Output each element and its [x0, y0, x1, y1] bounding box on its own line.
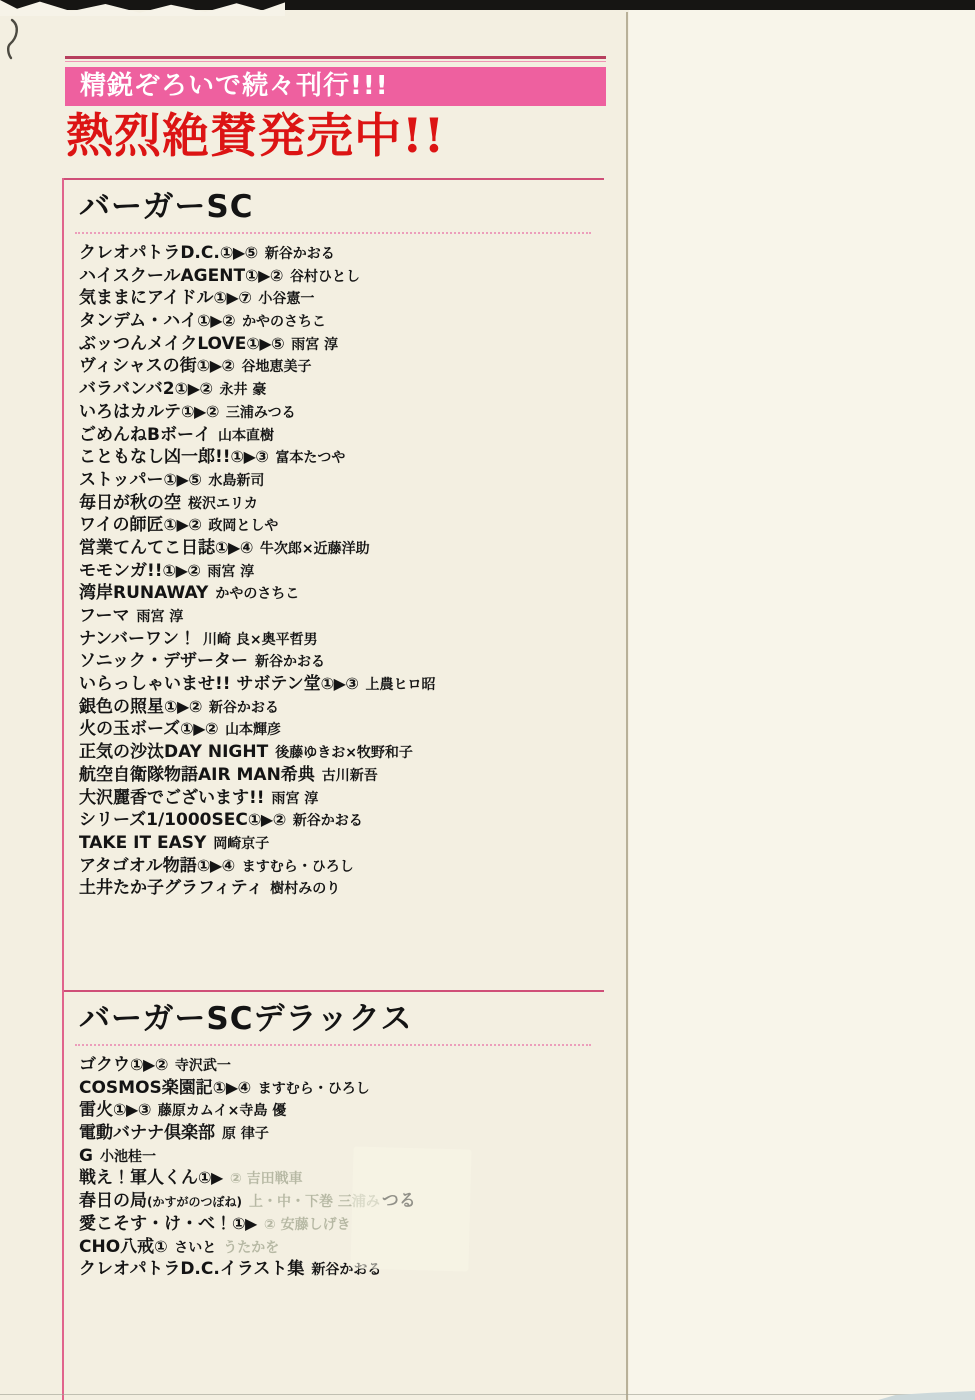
item-volume-range: ①▶②: [130, 1055, 168, 1074]
item-title: 毎日が秋の空: [79, 493, 181, 513]
banner-text: 精鋭ぞろいで続々刊行!!!: [80, 71, 389, 101]
item-title: ごめんねBボーイ: [79, 425, 211, 445]
item-title: ストッパー: [79, 470, 164, 490]
list-item: いらっしゃいませ!! サボテン堂①▶③上農ヒロ昭: [79, 673, 604, 696]
dotted-divider: [75, 1044, 591, 1046]
item-author: 古川新吾: [322, 768, 378, 784]
item-volume-range: ①▶②: [164, 515, 202, 534]
item-volume-range: ①▶②: [180, 719, 218, 738]
item-title: 湾岸RUNAWAY: [79, 583, 208, 603]
list-item: 電動バナナ倶楽部原 律子: [79, 1122, 604, 1145]
item-author: 富本たつや: [275, 450, 345, 466]
list-item: 銀色の照星①▶②新谷かおる: [79, 696, 604, 719]
item-volume-range: ①▶②: [245, 266, 283, 285]
list-item: 戦え！軍人くん①▶② 吉田戦車: [79, 1167, 604, 1190]
item-author: 上農ヒロ昭: [365, 677, 435, 693]
item-volume-range: ①▶: [232, 1214, 257, 1233]
list-item: 春日の局(かすがのつぼね)上・中・下巻 三浦みつる: [79, 1190, 604, 1213]
item-title: 土井たか子グラフィティ: [79, 878, 263, 898]
list-item: こともなし凶一郎!!①▶③富本たつや: [79, 446, 604, 469]
item-volume-range: ①: [154, 1237, 167, 1256]
list-item: 毎日が秋の空桜沢エリカ: [79, 492, 604, 515]
item-title: ぶッつんメイクLOVE: [79, 334, 246, 354]
item-author: 新谷かおる: [265, 246, 335, 262]
item-volume-range: ①▶②: [248, 810, 286, 829]
item-title: 愛こそす・け・べ！: [79, 1214, 232, 1234]
section-header: バーガーSCデラックス: [79, 998, 604, 1040]
item-title: 大沢麗香でございます!!: [79, 788, 265, 808]
item-author: 雨宮 淳: [137, 609, 184, 625]
list-item: TAKE IT EASY岡崎京子: [79, 832, 604, 855]
item-author: 桜沢エリカ: [188, 496, 258, 512]
item-author: 雨宮 淳: [272, 791, 319, 807]
item-title: バラバンバ2: [79, 379, 175, 399]
list-item: 火の玉ボーズ①▶②山本輝彦: [79, 718, 604, 741]
faded-text: ② 安藤しげき: [264, 1217, 351, 1233]
item-title: G: [79, 1146, 93, 1166]
list-item: 正気の沙汰DAY NIGHT後藤ゆきお×牧野和子: [79, 741, 604, 764]
item-volume-range: ①▶③: [113, 1100, 151, 1119]
faded-tape-patch: [350, 1146, 471, 1271]
list-item: COSMOS楽園記①▶④ますむら・ひろし: [79, 1077, 604, 1100]
list-item: CHO八戒①さいとうたかを: [79, 1236, 604, 1259]
list-item: 雷火①▶③藤原カムイ×寺島 優: [79, 1099, 604, 1122]
item-title: 雷火: [79, 1100, 113, 1120]
list-item: G小池桂一: [79, 1145, 604, 1168]
item-author: かやのさちこ: [242, 314, 326, 330]
scanned-advert-page: 精鋭ぞろいで続々刊行!!! 熱烈絶賛発売中!! バーガーSCクレオパトラD.C.…: [0, 0, 975, 1400]
page-title: 熱烈絶賛発売中!!: [66, 108, 626, 166]
list-item: バラバンバ2①▶②永井 豪: [79, 378, 604, 401]
list-item: ストッパー①▶⑤水島新司: [79, 469, 604, 492]
item-volume-range: ①▶②: [164, 697, 202, 716]
item-title: 営業てんてこ日誌: [79, 538, 215, 558]
list-item: いろはカルテ①▶②三浦みつる: [79, 401, 604, 424]
list-item: 湾岸RUNAWAYかやのさちこ: [79, 582, 604, 605]
catalog-section: バーガーSCデラックスゴクウ①▶②寺沢武一COSMOS楽園記①▶④ますむら・ひろ…: [64, 990, 604, 1398]
item-author: 新谷かおる: [293, 813, 363, 829]
item-title: 銀色の照星: [79, 697, 164, 717]
item-author: 谷地恵美子: [242, 359, 312, 375]
item-author: 藤原カムイ×寺島 優: [158, 1103, 286, 1119]
item-title: 航空自衛隊物語AIR MAN希典: [79, 765, 315, 785]
list-item: フーマ雨宮 淳: [79, 605, 604, 628]
item-volume-range: ①▶④: [197, 856, 235, 875]
item-author: 岡崎京子: [213, 836, 269, 852]
back-cover-blank-area: [629, 10, 975, 1400]
item-author: 後藤ゆきお×牧野和子: [275, 745, 413, 761]
item-title: いろはカルテ: [79, 402, 181, 422]
item-author: 政岡としや: [208, 518, 278, 534]
page-top-dark-edge: [0, 0, 975, 10]
faded-text: ② 吉田戦車: [230, 1171, 303, 1187]
list-item: クレオパトラD.C.①▶⑤新谷かおる: [79, 242, 604, 265]
item-volume-range: ①▶④: [213, 1078, 251, 1097]
list-item: ハイスクールAGENT①▶②谷村ひとし: [79, 265, 604, 288]
list-item: 大沢麗香でございます!!雨宮 淳: [79, 787, 604, 810]
item-author: 山本輝彦: [225, 722, 281, 738]
list-item: ワイの師匠①▶②政岡としや: [79, 514, 604, 537]
item-volume-range: ①▶③: [231, 447, 269, 466]
item-author: 雨宮 淳: [207, 564, 254, 580]
item-title: ゴクウ: [79, 1055, 130, 1075]
list-item: ヴィシャスの街①▶②谷地恵美子: [79, 355, 604, 378]
item-author: 永井 豪: [220, 382, 267, 398]
item-volume-range: ①▶②: [197, 356, 235, 375]
page-fold-line: [626, 12, 628, 1400]
item-title: クレオパトラD.C.: [79, 243, 220, 263]
dotted-divider: [75, 232, 591, 234]
item-author: 牛次郎×近藤洋助: [260, 541, 370, 557]
item-author: 谷村ひとし: [290, 269, 360, 285]
item-title: 電動バナナ倶楽部: [79, 1123, 215, 1143]
item-title: モモンガ!!: [79, 561, 163, 581]
item-title: TAKE IT EASY: [79, 833, 206, 853]
list-item: ごめんねBボーイ山本直樹: [79, 424, 604, 447]
list-item: ゴクウ①▶②寺沢武一: [79, 1054, 604, 1077]
item-volume-range: ①▶③: [321, 674, 359, 693]
list-item: クレオパトラD.C.イラスト集新谷かおる: [79, 1258, 604, 1281]
item-author: 山本直樹: [218, 428, 274, 444]
item-author: 川崎 良×奥平哲男: [203, 632, 318, 648]
item-volume-range: ①▶: [198, 1168, 223, 1187]
item-author: 小谷憲一: [258, 291, 314, 307]
item-title: 戦え！軍人くん: [79, 1168, 198, 1188]
list-item: ぶッつんメイクLOVE①▶⑤雨宮 淳: [79, 333, 604, 356]
list-item: 土井たか子グラフィティ樹村みのり: [79, 877, 604, 900]
double-rule-above-banner: [65, 56, 606, 63]
series-banner: 精鋭ぞろいで続々刊行!!!: [65, 67, 606, 106]
item-author: 新谷かおる: [209, 700, 279, 716]
scan-bottom-edge: [0, 1394, 975, 1395]
faded-text: うたかを: [223, 1240, 279, 1256]
item-title: ワイの師匠: [79, 515, 164, 535]
pen-scribble-mark: [2, 16, 36, 62]
item-title: ナンバーワン！: [79, 629, 196, 649]
item-volume-range: ①▶⑦: [213, 288, 251, 307]
list-item: アタゴオル物語①▶④ますむら・ひろし: [79, 855, 604, 878]
item-title: フーマ: [79, 606, 130, 626]
list-item: シリーズ1/1000SEC①▶②新谷かおる: [79, 809, 604, 832]
item-title: いらっしゃいませ!! サボテン堂: [79, 674, 321, 694]
section-header: バーガーSC: [79, 186, 604, 228]
item-author: ますむら・ひろし: [242, 859, 354, 875]
item-author: さいと: [174, 1240, 216, 1256]
item-reading-note: (かすがのつぼね): [147, 1195, 242, 1209]
item-author: 小池桂一: [100, 1149, 156, 1165]
item-title: タンデム・ハイ: [79, 311, 197, 331]
list-item: ソニック・デザーター新谷かおる: [79, 650, 604, 673]
item-title: アタゴオル物語: [79, 856, 197, 876]
item-volume-range: ①▶②: [181, 402, 219, 421]
item-title: COSMOS楽園記: [79, 1078, 213, 1098]
item-title: ソニック・デザーター: [79, 651, 248, 671]
item-title: クレオパトラD.C.イラスト集: [79, 1259, 304, 1279]
list-item: モモンガ!!①▶②雨宮 淳: [79, 560, 604, 583]
item-author: 新谷かおる: [255, 654, 325, 670]
item-volume-range: ①▶④: [215, 538, 253, 557]
item-author: 樹村みのり: [270, 881, 340, 897]
catalog-section: バーガーSCクレオパトラD.C.①▶⑤新谷かおるハイスクールAGENT①▶②谷村…: [64, 178, 604, 990]
item-title: 火の玉ボーズ: [79, 719, 180, 739]
list-box: バーガーSCクレオパトラD.C.①▶⑤新谷かおるハイスクールAGENT①▶②谷村…: [62, 178, 604, 1400]
item-author: 寺沢武一: [175, 1058, 231, 1074]
item-title: シリーズ1/1000SEC: [79, 810, 248, 830]
item-volume-range: ①▶⑤: [220, 243, 258, 262]
item-title: ハイスクールAGENT: [79, 266, 245, 286]
item-title: こともなし凶一郎!!: [79, 447, 231, 467]
item-volume-range: ①▶②: [197, 311, 235, 330]
item-volume-range: ①▶⑤: [164, 470, 202, 489]
item-title: ヴィシャスの街: [79, 356, 197, 376]
list-item: 営業てんてこ日誌①▶④牛次郎×近藤洋助: [79, 537, 604, 560]
item-author: かやのさちこ: [215, 586, 299, 602]
item-author: 原 律子: [222, 1126, 269, 1142]
item-volume-range: ①▶②: [175, 379, 213, 398]
item-author: 三浦みつる: [226, 405, 296, 421]
list-item: タンデム・ハイ①▶②かやのさちこ: [79, 310, 604, 333]
item-volume-range: ①▶②: [163, 561, 201, 580]
item-author: 水島新司: [208, 473, 264, 489]
item-title: CHO八戒: [79, 1237, 154, 1257]
list-item: 気ままにアイドル①▶⑦小谷憲一: [79, 287, 604, 310]
item-title: 正気の沙汰DAY NIGHT: [79, 742, 268, 762]
item-author: 雨宮 淳: [291, 337, 338, 353]
item-volume-range: ①▶⑤: [246, 334, 284, 353]
item-title: 春日の局: [79, 1191, 147, 1211]
item-title: 気ままにアイドル: [79, 288, 213, 308]
list-item: 愛こそす・け・べ！①▶② 安藤しげき: [79, 1213, 604, 1236]
item-author: ますむら・ひろし: [258, 1081, 370, 1097]
list-item: 航空自衛隊物語AIR MAN希典古川新吾: [79, 764, 604, 787]
list-item: ナンバーワン！川崎 良×奥平哲男: [79, 628, 604, 651]
